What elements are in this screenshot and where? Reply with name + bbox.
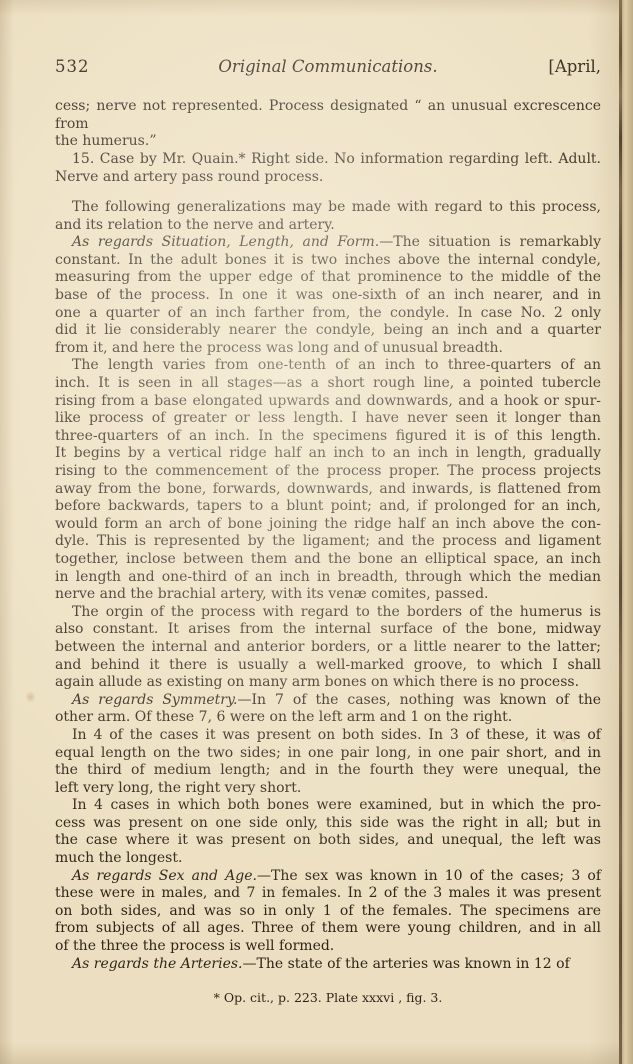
paragraph: The orgin of the process with regard to … <box>55 604 601 692</box>
text-line: nerve and the brachial artery, with its … <box>55 586 601 604</box>
text-line: one a quarter of an inch farther from, t… <box>55 305 601 323</box>
italic-lead: As regards Situation, Length, and Form. <box>72 234 379 250</box>
paragraph: cess; nerve not represented. Process des… <box>55 98 601 151</box>
page-edge <box>621 0 633 1064</box>
text-line: from subjects of all ages. Three of them… <box>55 920 601 938</box>
text-line: from it, and here the process was long a… <box>55 340 601 358</box>
text-line: In 4 of the cases it was present on both… <box>55 727 601 745</box>
issue-date: [April, <box>548 58 601 76</box>
paragraph: The length varies from one-tenth of an i… <box>55 357 601 603</box>
text-line: cess was present on one side only, this … <box>55 815 601 833</box>
page-content: 532 Original Communications. [April, ces… <box>55 58 601 1006</box>
text-line: before backwards, tapers to a blunt poin… <box>55 498 601 516</box>
italic-lead: As regards the Arteries. <box>72 956 243 972</box>
text-line: As regards Symmetry.—In 7 of the cases, … <box>55 692 601 710</box>
text-line: base of the process. In one it was one-s… <box>55 287 601 305</box>
paragraph: As regards Situation, Length, and Form.—… <box>55 234 601 357</box>
text-line: much the longest. <box>55 850 601 868</box>
text-line: cess; nerve not represented. Process des… <box>55 98 601 133</box>
text-line: in length and one-third of an inch in br… <box>55 569 601 587</box>
text-line: left very long, the right very short. <box>55 780 601 798</box>
text-line: 15. Case by Mr. Quain.* Right side. No i… <box>55 151 601 169</box>
text-line: the third of medium length; and in the f… <box>55 762 601 780</box>
text-line: inch. It is seen in all stages—as a shor… <box>55 375 601 393</box>
text-line: rising to the commencement of the proces… <box>55 463 601 481</box>
text-line: As regards the Arteries.—The state of th… <box>55 956 601 974</box>
text-line: As regards Sex and Age.—The sex was know… <box>55 868 601 886</box>
text-line: equal length on the two sides; in one pa… <box>55 745 601 763</box>
footnote: * Op. cit., p. 223. Plate xxxvi , fig. 3… <box>55 990 601 1006</box>
paragraph: As regards the Arteries.—The state of th… <box>55 956 601 974</box>
text-line: of the three the process is well formed. <box>55 938 601 956</box>
text-line: other arm. Of these 7, 6 were on the lef… <box>55 709 601 727</box>
text-line: away from the bone, forwards, downwards,… <box>55 481 601 499</box>
text-line: like process of greater or less length. … <box>55 410 601 428</box>
running-title: Original Communications. <box>218 58 437 76</box>
page-scan: 532 Original Communications. [April, ces… <box>0 0 633 1064</box>
text-line: did it lie considerably nearer the condy… <box>55 322 601 340</box>
text-column: cess; nerve not represented. Process des… <box>55 98 601 973</box>
text-line: Nerve and artery pass round process. <box>55 169 601 187</box>
paragraph: As regards Sex and Age.—The sex was know… <box>55 868 601 956</box>
text-line: would form an arch of bone joining the r… <box>55 516 601 534</box>
text-line: It begins by a vertical ridge half an in… <box>55 445 601 463</box>
text-line: The following generalizations may be mad… <box>55 199 601 217</box>
paragraph: The following generalizations may be mad… <box>55 199 601 234</box>
text-line: rising from a base elongated upwards and… <box>55 393 601 411</box>
text-line: three-quarters of an inch. In the specim… <box>55 428 601 446</box>
page-header: 532 Original Communications. [April, <box>55 58 601 76</box>
paper-stain <box>26 690 35 704</box>
text-line: The orgin of the process with regard to … <box>55 604 601 622</box>
text-line: again allude as existing on many arm bon… <box>55 674 601 692</box>
text-line: In 4 cases in which both bones were exam… <box>55 797 601 815</box>
text-line: between the internal and anterior border… <box>55 639 601 657</box>
paragraph: As regards Symmetry.—In 7 of the cases, … <box>55 692 601 727</box>
text-line: constant. In the adult bones it is two i… <box>55 252 601 270</box>
italic-lead: As regards Symmetry. <box>72 692 238 708</box>
paragraph: In 4 cases in which both bones were exam… <box>55 797 601 867</box>
paragraph: 15. Case by Mr. Quain.* Right side. No i… <box>55 151 601 186</box>
text-line: on both sides, and was so in only 1 of t… <box>55 903 601 921</box>
text-line: together, inclose between them and the b… <box>55 551 601 569</box>
text-line: The length varies from one-tenth of an i… <box>55 357 601 375</box>
text-line: dyle. This is represented by the ligamen… <box>55 533 601 551</box>
page-number: 532 <box>55 58 90 76</box>
text-line: the humerus.” <box>55 133 601 151</box>
text-line: these were in males, and 7 in females. I… <box>55 885 601 903</box>
italic-lead: As regards Sex and Age. <box>72 868 257 884</box>
paragraph: In 4 of the cases it was present on both… <box>55 727 601 797</box>
text-line: and behind it there is usually a well-ma… <box>55 657 601 675</box>
page-edge-crease-line <box>619 0 622 1064</box>
text-line: measuring from the upper edge of that pr… <box>55 269 601 287</box>
text-line: As regards Situation, Length, and Form.—… <box>55 234 601 252</box>
text-line: also constant. It arises from the intern… <box>55 621 601 639</box>
text-line: the case where it was present on both si… <box>55 832 601 850</box>
text-line: and its relation to the nerve and artery… <box>55 217 601 235</box>
